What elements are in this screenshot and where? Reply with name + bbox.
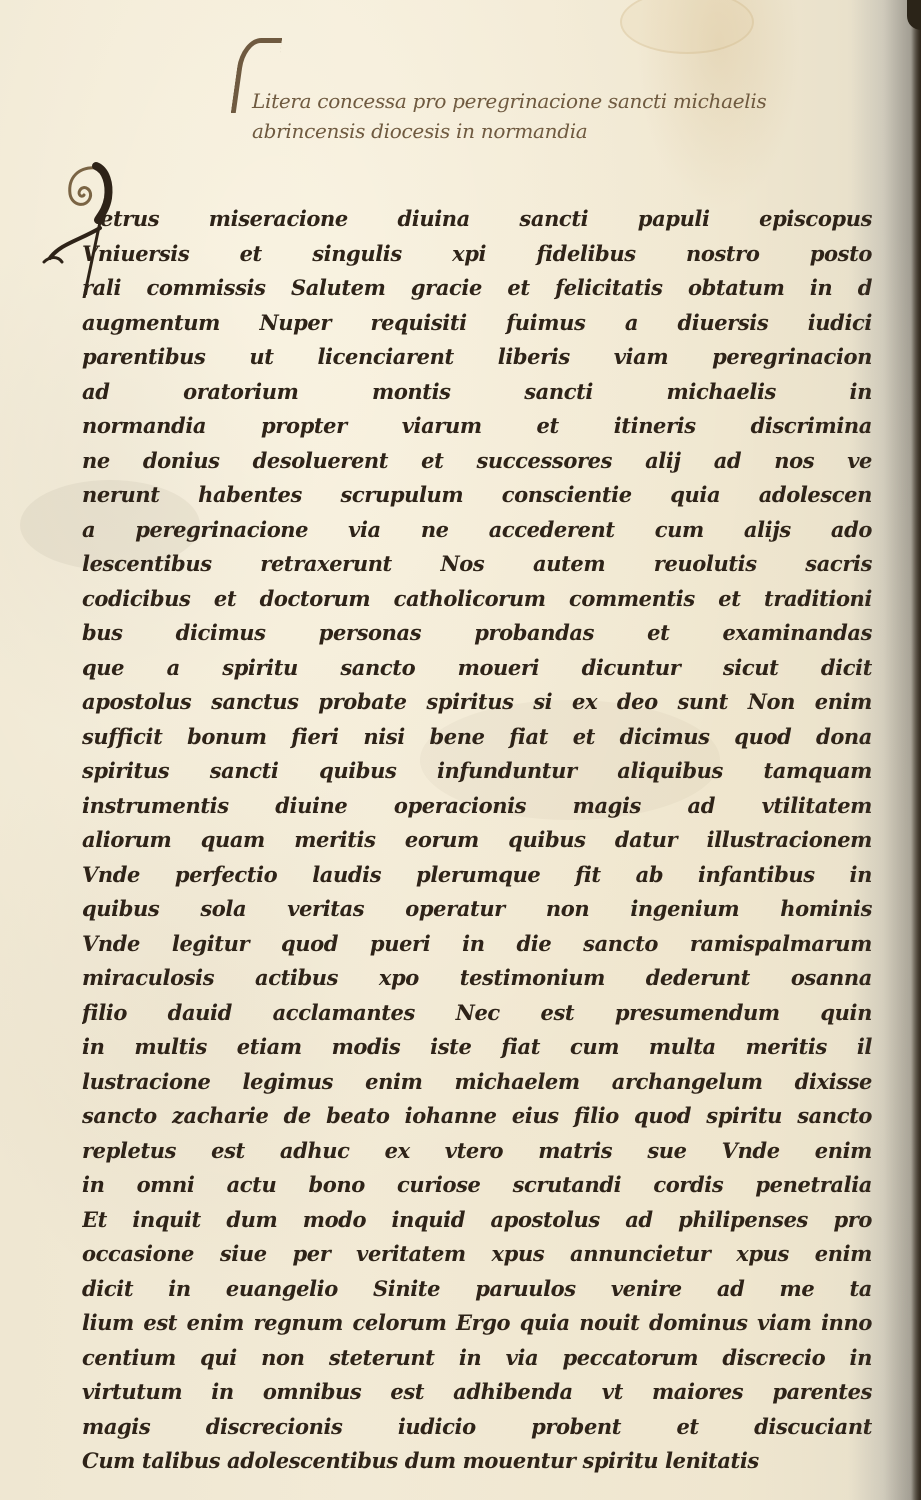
text-line: nerunt habentes scrupulum conscientie qu… — [82, 478, 872, 513]
text-line: miraculosis actibus xpo testimonium dede… — [82, 961, 872, 996]
text-line: ad oratorium montis sancti michaelis in — [82, 375, 872, 410]
text-line: in omni actu bono curiose scrutandi cord… — [82, 1168, 872, 1203]
text-line: bus dicimus personas probandas et examin… — [82, 616, 872, 651]
text-line: augmentum Nuper requisiti fuimus a diuer… — [82, 306, 872, 341]
heading-rubric: Litera concessa pro peregrinacione sanct… — [252, 40, 892, 146]
text-line: lium est enim regnum celorum Ergo quia n… — [82, 1306, 872, 1341]
text-line: lustracione legimus enim michaelem archa… — [82, 1065, 872, 1100]
text-line: parentibus ut licenciarent liberis viam … — [82, 340, 872, 375]
text-line: etrus miseracione diuina sancti papuli e… — [82, 202, 872, 237]
text-line: filio dauid acclamantes Nec est presumen… — [82, 996, 872, 1031]
text-line: lescentibus retraxerunt Nos autem reuolu… — [82, 547, 872, 582]
text-line: centium qui non steterunt in via peccato… — [82, 1341, 872, 1376]
body-text: etrus miseracione diuina sancti papuli e… — [82, 202, 872, 1479]
text-line: instrumentis diuine operacionis magis ad… — [82, 789, 872, 824]
text-line: occasione siue per veritatem xpus annunc… — [82, 1237, 872, 1272]
text-line: Vniuersis et singulis xpi fidelibus nost… — [82, 237, 872, 272]
text-line: apostolus sanctus probate spiritus si ex… — [82, 685, 872, 720]
heading-line: abrincensis diocesis in normandia — [252, 116, 892, 146]
text-line: Vnde legitur quod pueri in die sancto ra… — [82, 927, 872, 962]
page-corner-shadow — [907, 0, 921, 30]
text-line: codicibus et doctorum catholicorum comme… — [82, 582, 872, 617]
heading-line: Litera concessa pro peregrinacione sanct… — [252, 40, 892, 116]
text-line: magis discrecionis iudicio probent et di… — [82, 1410, 872, 1445]
text-line: rali commissis Salutem gracie et felicit… — [82, 271, 872, 306]
text-line: dicit in euangelio Sinite paruulos venir… — [82, 1272, 872, 1307]
text-line: ne donius desoluerent et successores ali… — [82, 444, 872, 479]
text-line: Cum talibus adolescentibus dum mouentur … — [82, 1444, 872, 1479]
text-line: in multis etiam modis iste fiat cum mult… — [82, 1030, 872, 1065]
text-line: normandia propter viarum et itineris dis… — [82, 409, 872, 444]
text-line: spiritus sancti quibus infunduntur aliqu… — [82, 754, 872, 789]
text-line: virtutum in omnibus est adhibenda vt mai… — [82, 1375, 872, 1410]
text-line: que a spiritu sancto moueri dicuntur sic… — [82, 651, 872, 686]
text-line: sancto zacharie de beato iohanne eius fi… — [82, 1099, 872, 1134]
text-line: Et inquit dum modo inquid apostolus ad p… — [82, 1203, 872, 1238]
text-line: Vnde perfectio laudis plerumque fit ab i… — [82, 858, 872, 893]
text-line: quibus sola veritas operatur non ingeniu… — [82, 892, 872, 927]
text-line: a peregrinacione via ne accederent cum a… — [82, 513, 872, 548]
text-line: sufficit bonum fieri nisi bene fiat et d… — [82, 720, 872, 755]
manuscript-page: Litera concessa pro peregrinacione sanct… — [0, 0, 921, 1500]
text-line: repletus est adhuc ex vtero matris sue V… — [82, 1134, 872, 1169]
text-line: aliorum quam meritis eorum quibus datur … — [82, 823, 872, 858]
